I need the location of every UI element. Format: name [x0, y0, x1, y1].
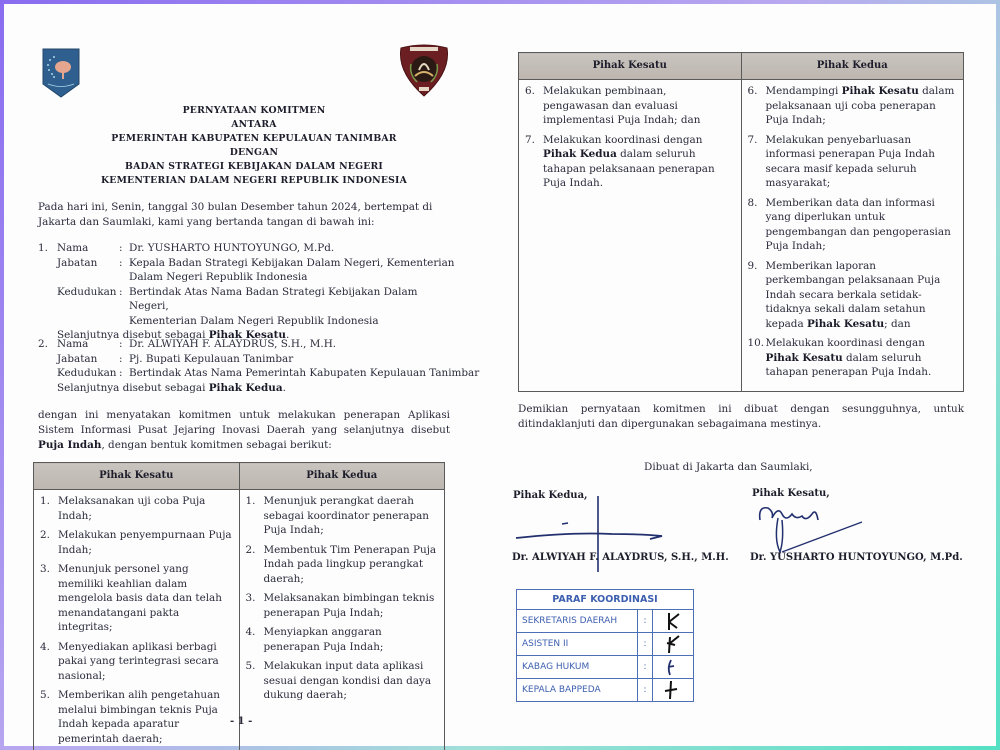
commitment-item: 4.Menyiapkan anggaran penerapan Puja Ind… — [246, 625, 439, 654]
initial-icon — [653, 679, 693, 701]
item-text: Melakukan penyebarluasan informasi pener… — [766, 133, 958, 191]
document-title: PERNYATAAN KOMITMEN ANTARA PEMERINTAH KA… — [74, 104, 434, 188]
item-number: 1. — [40, 494, 58, 523]
item-text: Memberikan data dan informasi yang diper… — [766, 196, 958, 254]
item-text: Melaksanakan uji coba Puja Indah; — [58, 494, 233, 523]
party-name: Dr. YUSHARTO HUNTOYUNGO, M.Pd. — [129, 241, 459, 256]
kesatu-list: 6.Melakukan pembinaan, pengawasan dan ev… — [525, 84, 735, 191]
field-label: Nama — [57, 337, 119, 352]
party-reference: Pihak Kesatu — [842, 85, 919, 97]
item-number: 2. — [246, 543, 264, 587]
commitment-item: 8.Memberikan data dan informasi yang dip… — [748, 196, 958, 254]
item-number: 6. — [748, 84, 766, 128]
signatory-kesatu-name: Dr. YUSHARTO HUNTOYUNGO, M.Pd. — [750, 552, 963, 563]
item-number: 5. — [246, 659, 264, 703]
commitment-text: dengan ini menyatakan komitmen untuk mel… — [38, 409, 450, 436]
title-line: ANTARA — [74, 118, 434, 132]
kedua-list: 1.Menunjuk perangkat daerah sebagai koor… — [246, 494, 439, 703]
party-reference: Pihak Kedua — [543, 148, 617, 160]
field-label: Jabatan — [57, 256, 119, 285]
item-number: 2. — [40, 528, 58, 557]
paraf-row: KABAG HUKUM : — [517, 656, 693, 679]
signature-kesatu-icon — [752, 500, 872, 560]
title-line: BADAN STRATEGI KEBIJAKAN DALAM NEGERI — [74, 160, 434, 174]
commitment-item: 5.Melakukan input data aplikasi sesuai d… — [246, 659, 439, 703]
item-number: 5. — [40, 688, 58, 746]
party-1: 1. Nama : Dr. YUSHARTO HUNTOYUNGO, M.Pd.… — [38, 241, 459, 343]
item-text: Menyiapkan anggaran penerapan Puja Indah… — [264, 625, 439, 654]
party-position: Dalam Negeri Republik Indonesia — [129, 271, 307, 283]
title-line: PEMERINTAH KABUPATEN KEPULAUAN TANIMBAR — [74, 132, 434, 146]
initial-icon — [653, 633, 693, 655]
paraf-colon: : — [638, 656, 653, 678]
column-header-kesatu: Pihak Kesatu — [519, 53, 742, 80]
party-number: 1. — [38, 241, 57, 256]
field-label: Kedudukan — [57, 366, 119, 381]
commitment-item: 2.Melakukan penyempurnaan Puja Indah; — [40, 528, 233, 557]
paraf-koordinasi-stamp: PARAF KOORDINASI SEKRETARIS DAERAH : ASI… — [516, 589, 694, 702]
column-header-kedua: Pihak Kedua — [741, 53, 964, 80]
field-label: Kedudukan — [57, 285, 119, 329]
commitment-item: 10.Melakukan koordinasi dengan Pihak Kes… — [748, 336, 958, 380]
party-alias: Pihak Kedua — [209, 382, 283, 394]
commitment-text: , dengan bentuk komitmen sebagai berikut… — [101, 439, 331, 451]
paraf-row: ASISTEN II : — [517, 633, 693, 656]
item-text: Melakukan koordinasi dengan Pihak Kedua … — [543, 133, 735, 191]
item-number: 7. — [748, 133, 766, 191]
paraf-colon: : — [638, 633, 653, 655]
item-text: Melakukan input data aplikasi sesuai den… — [264, 659, 439, 703]
item-number: 3. — [246, 591, 264, 620]
item-text: Melakukan pembinaan, pengawasan dan eval… — [543, 84, 735, 128]
commitment-item: 5.Memberikan alih pengetahuan melalui bi… — [40, 688, 233, 746]
commitment-item: 4.Menyediakan aplikasi berbagi pakai yan… — [40, 640, 233, 684]
paraf-row: KEPALA BAPPEDA : — [517, 679, 693, 701]
item-number: 9. — [748, 259, 766, 332]
commitment-item: 3.Menunjuk personel yang memiliki keahli… — [40, 562, 233, 635]
coat-of-arms-icon — [397, 42, 451, 98]
title-line: DENGAN — [74, 146, 434, 160]
party-role: Kementerian Dalam Negeri Republik Indone… — [129, 315, 379, 327]
party-reference: Pihak Kesatu — [766, 352, 843, 364]
field-label: Jabatan — [57, 352, 119, 367]
item-text: Memberikan laporan perkembangan pelaksan… — [766, 259, 958, 332]
commitment-item: 2.Membentuk Tim Penerapan Puja Indah pad… — [246, 543, 439, 587]
item-number: 1. — [246, 494, 264, 538]
alias-text: Selanjutnya disebut sebagai — [57, 382, 205, 394]
commitment-item: 1.Menunjuk perangkat daerah sebagai koor… — [246, 494, 439, 538]
paraf-title: PARAF KOORDINASI — [517, 590, 693, 610]
item-number: 7. — [525, 133, 543, 191]
paraf-label: KABAG HUKUM — [517, 656, 638, 678]
paraf-label: KEPALA BAPPEDA — [517, 679, 638, 701]
item-number: 6. — [525, 84, 543, 128]
commitment-item: 7.Melakukan koordinasi dengan Pihak Kedu… — [525, 133, 735, 191]
paraf-colon: : — [638, 610, 653, 632]
item-number: 4. — [40, 640, 58, 684]
item-text: Melakukan penyempurnaan Puja Indah; — [58, 528, 233, 557]
item-text: Menunjuk perangkat daerah sebagai koordi… — [264, 494, 439, 538]
kedua-list: 6.Mendampingi Pihak Kesatu dalam pelaksa… — [748, 84, 958, 380]
signatory-kedua-name: Dr. ALWIYAH F. ALAYDRUS, S.H., M.H. — [512, 552, 729, 563]
party-position: Pj. Bupati Kepulauan Tanimbar — [129, 352, 459, 367]
closing-paragraph: Demikian pernyataan komitmen ini dibuat … — [518, 402, 964, 432]
item-text: Menunjuk personel yang memiliki keahlian… — [58, 562, 233, 635]
party-position: Kepala Badan Strategi Kebijakan Dalam Ne… — [129, 257, 455, 269]
kesatu-list: 1.Melaksanakan uji coba Puja Indah;2.Mel… — [40, 494, 233, 746]
commitment-item: 7.Melakukan penyebarluasan informasi pen… — [748, 133, 958, 191]
paraf-label: SEKRETARIS DAERAH — [517, 610, 638, 632]
item-text: Memberikan alih pengetahuan melalui bimb… — [58, 688, 233, 746]
item-number: 8. — [748, 196, 766, 254]
commitment-item: 6.Mendampingi Pihak Kesatu dalam pelaksa… — [748, 84, 958, 128]
item-text: Menyediakan aplikasi berbagi pakai yang … — [58, 640, 233, 684]
party-reference: Pihak Kesatu — [807, 318, 884, 330]
paraf-row: SEKRETARIS DAERAH : — [517, 610, 693, 633]
paraf-colon: : — [638, 679, 653, 701]
initial-icon — [653, 610, 693, 632]
initial-icon — [653, 656, 693, 678]
column-header-kedua: Pihak Kedua — [239, 463, 445, 490]
commitment-item: 9.Memberikan laporan perkembangan pelaks… — [748, 259, 958, 332]
title-line: PERNYATAAN KOMITMEN — [74, 104, 434, 118]
field-label: Nama — [57, 241, 119, 256]
commitment-intro: dengan ini menyatakan komitmen untuk mel… — [38, 408, 450, 453]
page-number: - 1 - — [230, 716, 252, 727]
item-number: 3. — [40, 562, 58, 635]
party-name: Dr. ALWIYAH F. ALAYDRUS, S.H., M.H. — [129, 337, 459, 352]
item-text: Melaksanakan bimbingan teknis penerapan … — [264, 591, 439, 620]
item-text: Membentuk Tim Penerapan Puja Indah pada … — [264, 543, 439, 587]
signing-place: Dibuat di Jakarta dan Saumlaki, — [644, 460, 813, 475]
tanimbar-emblem-icon — [42, 48, 80, 98]
item-text: Mendampingi Pihak Kesatu dalam pelaksana… — [766, 84, 958, 128]
signature-label-kesatu: Pihak Kesatu, — [752, 488, 830, 499]
title-line: KEMENTERIAN DALAM NEGERI REPUBLIK INDONE… — [74, 174, 434, 188]
commitment-table-page1: Pihak Kesatu Pihak Kedua 1.Melaksanakan … — [33, 462, 445, 750]
item-number: 10. — [748, 336, 766, 380]
item-text: Melakukan koordinasi dengan Pihak Kesatu… — [766, 336, 958, 380]
document-scan: PERNYATAAN KOMITMEN ANTARA PEMERINTAH KA… — [4, 4, 996, 746]
column-header-kesatu: Pihak Kesatu — [34, 463, 240, 490]
paraf-label: ASISTEN II — [517, 633, 638, 655]
commitment-item: 6.Melakukan pembinaan, pengawasan dan ev… — [525, 84, 735, 128]
app-name: Puja Indah — [38, 439, 101, 451]
party-2: 2. Nama : Dr. ALWIYAH F. ALAYDRUS, S.H.,… — [38, 337, 459, 395]
party-number: 2. — [38, 337, 57, 352]
party-role: Bertindak Atas Nama Pemerintah Kabupaten… — [129, 366, 459, 381]
item-number: 4. — [246, 625, 264, 654]
commitment-table-page2: Pihak Kesatu Pihak Kedua 6.Melakukan pem… — [518, 52, 964, 392]
commitment-item: 1.Melaksanakan uji coba Puja Indah; — [40, 494, 233, 523]
commitment-item: 3.Melaksanakan bimbingan teknis penerapa… — [246, 591, 439, 620]
intro-paragraph: Pada hari ini, Senin, tanggal 30 bulan D… — [38, 200, 450, 230]
party-role: Bertindak Atas Nama Badan Strategi Kebij… — [129, 286, 418, 313]
